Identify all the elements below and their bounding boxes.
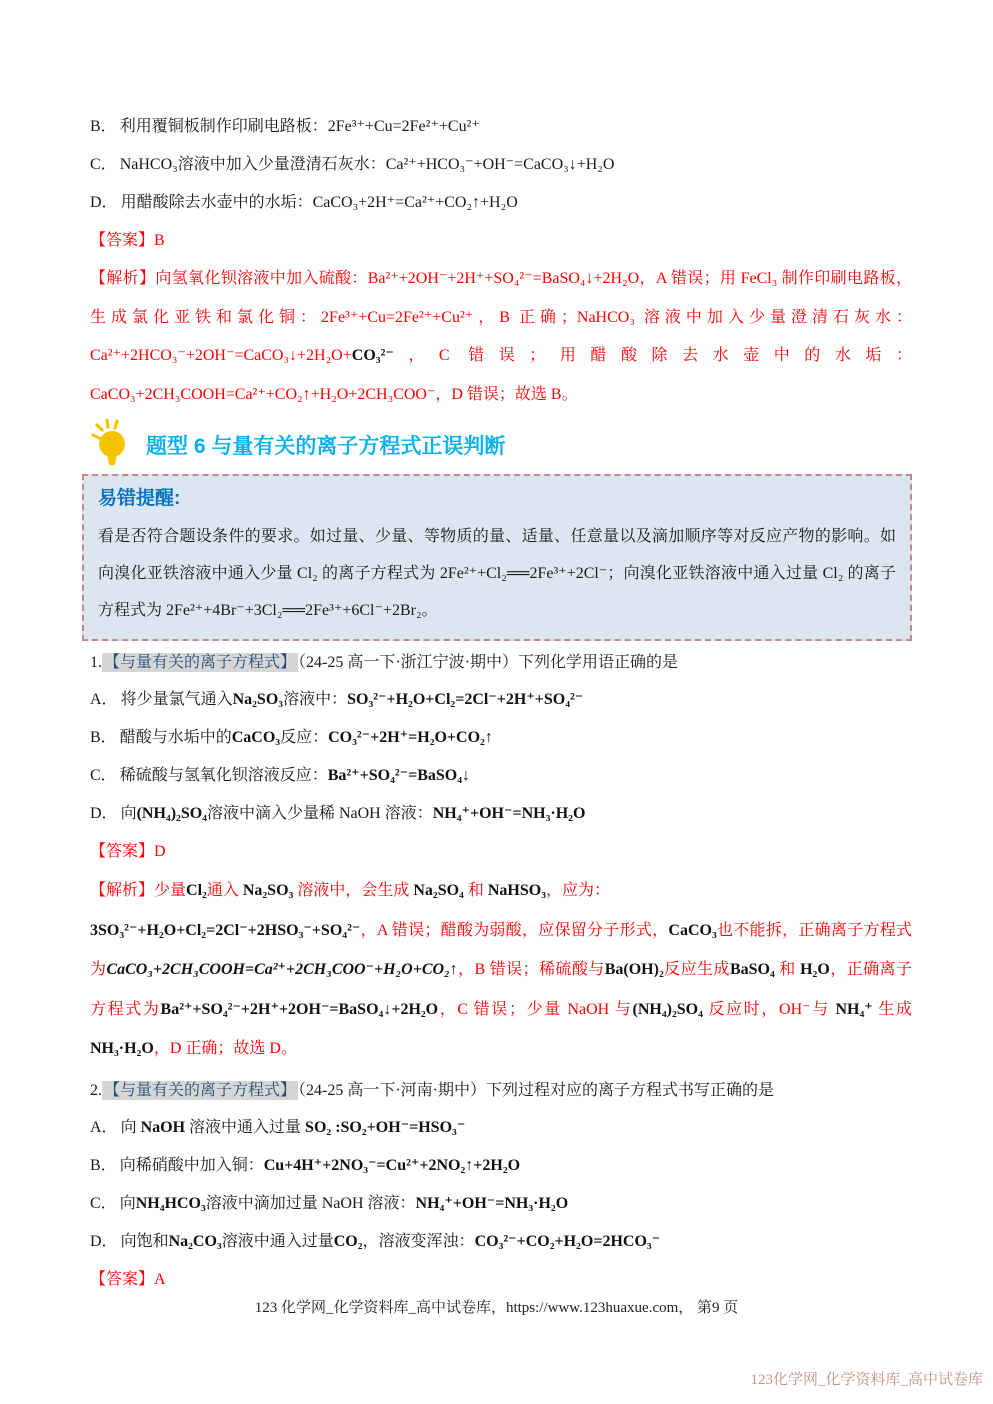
option-label: B． [90, 1157, 117, 1174]
analysis-paragraph: 【解析】向氢氧化钡溶液中加入硫酸：Ba²⁺+2OH⁻+2H⁺+SO₄²⁻=BaS… [90, 260, 912, 414]
document-page: B．利用覆铜板制作印刷电路板：2Fe³⁺+Cu=2Fe²⁺+Cu²⁺ C．NaH… [0, 0, 993, 1404]
option-text: 醋酸与水垢中的CaCO₃反应：CO₃²⁻+2H⁺=H₂O+CO₂↑ [120, 729, 493, 746]
option-text: 利用覆铜板制作印刷电路板：2Fe³⁺+Cu=2Fe²⁺+Cu²⁺ [120, 118, 480, 135]
page-footer: 123 化学网_化学资料库_高中试卷库，https://www.123huaxu… [0, 1296, 993, 1317]
option-label: A． [90, 691, 118, 708]
q1-analysis-paragraph: 【解析】少量Cl₂通入 Na₂SO₃ 溶液中，会生成 Na₂SO₄ 和 NaHS… [90, 871, 912, 1069]
q1-option-a: A．将少量氯气通入Na₂SO₃溶液中：SO₃²⁻+H₂O+Cl₂=2Cl⁻+2H… [90, 681, 912, 719]
q2-option-b: B．向稀硝酸中加入铜：Cu+4H⁺+2NO₃⁻=Cu²⁺+2NO₂↑+2H₂O [90, 1147, 912, 1185]
option-label: C． [90, 156, 117, 173]
q2-option-d: D．向饱和Na₂CO₃溶液中通入过量CO₂，溶液变浑浊：CO₃²⁻+CO₂+H₂… [90, 1223, 912, 1261]
answer-value: B [154, 232, 165, 249]
option-line-c: C．NaHCO₃溶液中加入少量澄清石灰水：Ca²⁺+HCO₃⁻+OH⁻=CaCO… [90, 146, 912, 184]
answer-line: 【答案】B [90, 222, 912, 260]
option-label: B． [90, 729, 117, 746]
option-text: 向饱和Na₂CO₃溶液中通入过量CO₂，溶液变浑浊：CO₃²⁻+CO₂+H₂O=… [121, 1233, 661, 1250]
option-text: 向NH₄HCO₃溶液中滴加过量 NaOH 溶液：NH₄⁺+OH⁻=NH₃·H₂O [120, 1195, 568, 1212]
option-text: NaHCO₃溶液中加入少量澄清石灰水：Ca²⁺+HCO₃⁻+OH⁻=CaCO₃↓… [120, 156, 615, 173]
question-number: 2. [90, 1082, 102, 1099]
question2-stem: 2.【与量有关的离子方程式】（24-25 高一下·河南·期中）下列过程对应的离子… [90, 1073, 912, 1109]
topic-header: 题型 6 与量有关的离子方程式正误判断 [90, 416, 912, 474]
option-text: 用醋酸除去水壶中的水垢：CaCO₃+2H⁺=Ca²⁺+CO₂↑+H₂O [121, 194, 518, 211]
q2-answer-line: 【答案】A [90, 1261, 912, 1299]
answer-label: 【答案】 [90, 232, 154, 249]
option-text: 向(NH₄)₂SO₄溶液中滴入少量稀 NaOH 溶液：NH₄⁺+OH⁻=NH₃·… [121, 805, 586, 822]
option-text: 向稀硝酸中加入铜：Cu+4H⁺+2NO₃⁻=Cu²⁺+2NO₂↑+2H₂O [120, 1157, 520, 1174]
q1-option-d: D．向(NH₄)₂SO₄溶液中滴入少量稀 NaOH 溶液：NH₄⁺+OH⁻=NH… [90, 795, 912, 833]
option-text: 向 NaOH 溶液中通入过量 SO₂ :SO₂+OH⁻=HSO₃⁻ [121, 1119, 466, 1136]
reminder-box: 易错提醒: 看是否符合题设条件的要求。如过量、少量、等物质的量、适量、任意量以及… [82, 474, 912, 641]
option-label: A． [90, 1119, 118, 1136]
answer-value: A [154, 1271, 166, 1288]
document-content: B．利用覆铜板制作印刷电路板：2Fe³⁺+Cu=2Fe²⁺+Cu²⁺ C．NaH… [90, 108, 912, 1299]
option-label: D． [90, 194, 118, 211]
option-line-d: D．用醋酸除去水壶中的水垢：CaCO₃+2H⁺=Ca²⁺+CO₂↑+H₂O [90, 184, 912, 222]
option-label: C． [90, 1195, 117, 1212]
answer-label: 【答案】 [90, 843, 154, 860]
watermark: 123化学网_化学资料库_高中试卷库 [750, 1368, 983, 1389]
lightbulb-icon [90, 419, 130, 471]
question-source-stem: （24-25 高一下·浙江宁波·期中）下列化学用语正确的是 [298, 654, 678, 671]
question-number: 1. [90, 654, 102, 671]
question1-stem: 1.【与量有关的离子方程式】（24-25 高一下·浙江宁波·期中）下列化学用语正… [90, 645, 912, 681]
option-label: D． [90, 1233, 118, 1250]
option-label: B． [90, 118, 117, 135]
option-text: 稀硫酸与氢氧化钡溶液反应：Ba²⁺+SO₄²⁻=BaSO₄↓ [120, 767, 470, 784]
q2-option-c: C．向NH₄HCO₃溶液中滴加过量 NaOH 溶液：NH₄⁺+OH⁻=NH₃·H… [90, 1185, 912, 1223]
question-tag: 【与量有关的离子方程式】 [102, 1081, 298, 1100]
question-tag: 【与量有关的离子方程式】 [102, 653, 298, 672]
answer-label: 【答案】 [90, 1271, 154, 1288]
topic-title: 题型 6 与量有关的离子方程式正误判断 [146, 430, 505, 460]
q2-option-a: A．向 NaOH 溶液中通入过量 SO₂ :SO₂+OH⁻=HSO₃⁻ [90, 1109, 912, 1147]
option-text: 将少量氯气通入Na₂SO₃溶液中：SO₃²⁻+H₂O+Cl₂=2Cl⁻+2H⁺+… [121, 691, 584, 708]
q1-answer-line: 【答案】D [90, 833, 912, 871]
q1-option-b: B．醋酸与水垢中的CaCO₃反应：CO₃²⁻+2H⁺=H₂O+CO₂↑ [90, 719, 912, 757]
question-source-stem: （24-25 高一下·河南·期中）下列过程对应的离子方程式书写正确的是 [298, 1082, 774, 1099]
option-line-b: B．利用覆铜板制作印刷电路板：2Fe³⁺+Cu=2Fe²⁺+Cu²⁺ [90, 108, 912, 146]
reminder-body: 看是否符合题设条件的要求。如过量、少量、等物质的量、适量、任意量以及滴加顺序等对… [98, 518, 896, 629]
option-label: D． [90, 805, 118, 822]
q1-option-c: C．稀硫酸与氢氧化钡溶液反应：Ba²⁺+SO₄²⁻=BaSO₄↓ [90, 757, 912, 795]
answer-value: D [154, 843, 166, 860]
reminder-title: 易错提醒: [98, 484, 896, 514]
option-label: C． [90, 767, 117, 784]
